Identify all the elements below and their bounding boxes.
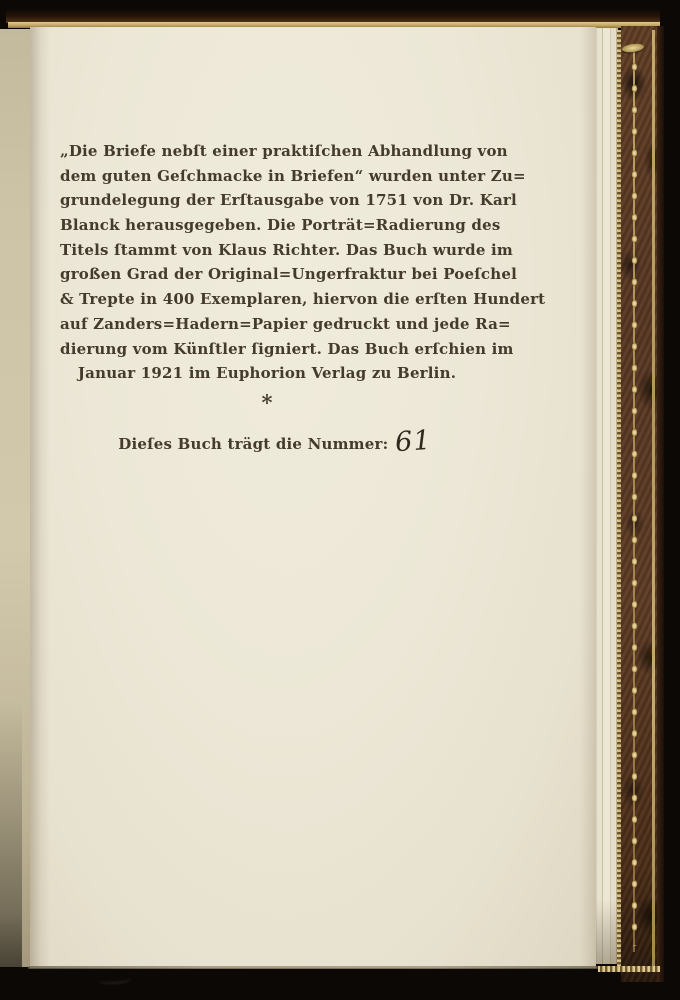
book-photograph: „Die Briefe nebſt einer praktiſchen Abha… [0,0,680,1000]
asterisk-separator: * [60,391,474,415]
text-line: auf Zanders=Hadern=Papier gedruckt und j… [60,312,474,337]
cover-board-dark-edge [657,26,664,982]
text-line: Blanck herausgegeben. Die Porträt=Radier… [60,213,474,238]
text-line: dem guten Geſchmacke in Briefen“ wurden … [60,164,474,189]
text-line: großen Grad der Original=Ungerfraktur be… [60,262,474,287]
text-line: & Trepte in 400 Exemplaren, hiervon die … [60,287,474,312]
gold-dot-chain-ornament [627,56,642,946]
edition-number-label: Dieſes Buch trägt die Nummer: [118,429,388,459]
gutter-shadow [30,27,50,968]
text-line: Januar 1921 im Euphorion Verlag zu Berli… [60,361,474,386]
edition-number-handwritten: 61 [394,425,432,458]
fore-edge-shadow [580,27,596,968]
edition-number-line: Dieſes Buch trägt die Nummer: 61 [68,425,482,461]
gilt-beaded-border-bottom [598,966,660,972]
text-line: dierung vom Künſtler ſigniert. Das Buch … [60,337,474,362]
previous-page-shadow [0,700,22,968]
text-line: Titels ſtammt von Klaus Richter. Das Buc… [60,238,474,263]
book-page: „Die Briefe nebſt einer praktiſchen Abha… [30,27,596,968]
colophon-paragraph: „Die Briefe nebſt einer praktiſchen Abha… [60,139,474,386]
page-bottom-edge [28,966,598,969]
page-edge-stack-shadow [596,900,618,964]
text-line: grundelegung der Erſtausgabe von 1751 vo… [60,188,474,213]
gilt-fillet-line [652,30,655,970]
text-line: „Die Briefe nebſt einer praktiſchen Abha… [60,139,474,164]
faint-pencil-mark [98,974,133,985]
page-edge-stack [596,28,618,964]
